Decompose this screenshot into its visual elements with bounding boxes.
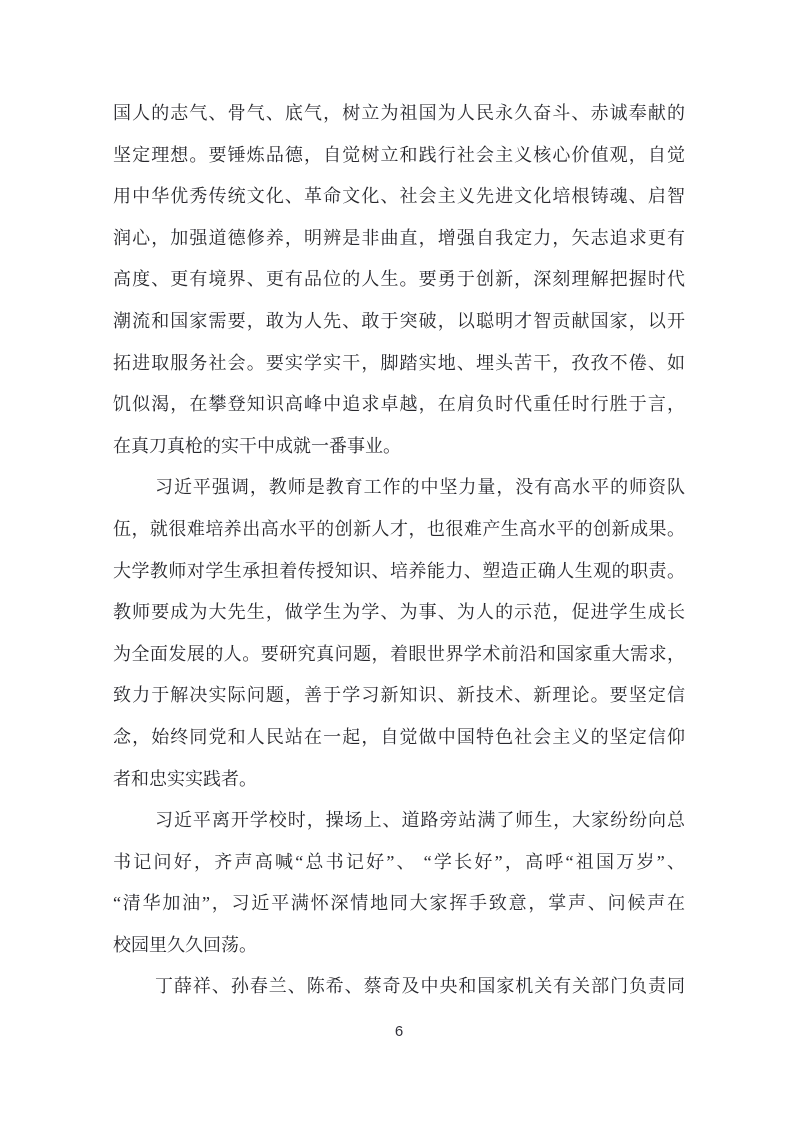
text-line: 校园里久久回荡。 [113,925,685,967]
text-line: 国人的志气、骨气、底气，树立为祖国为人民永久奋斗、赤诚奉献的 [113,93,685,135]
paragraph: 丁薛祥、孙春兰、陈希、蔡奇及中央和国家机关有关部门负责同 [113,966,685,1008]
text-line: 伍，就很难培养出高水平的创新人才，也很难产生高水平的创新成果。 [113,509,685,551]
text-line: 饥似渴，在攀登知识高峰中追求卓越，在肩负时代重任时行胜于言， [113,384,685,426]
text-line: 高度、更有境界、更有品位的人生。要勇于创新，深刻理解把握时代 [113,259,685,301]
text-line: 教师要成为大先生，做学生为学、为事、为人的示范，促进学生成长 [113,592,685,634]
page-number: 6 [113,1022,685,1042]
text-line: 丁薛祥、孙春兰、陈希、蔡奇及中央和国家机关有关部门负责同 [113,966,685,1008]
text-line: 致力于解决实际问题，善于学习新知识、新技术、新理论。要坚定信 [113,675,685,717]
text-line: “清华加油”，习近平满怀深情地同大家挥手致意，掌声、问候声在 [113,883,685,925]
text-line: 潮流和国家需要，敢为人先、敢于突破，以聪明才智贡献国家，以开 [113,301,685,343]
text-line: 大学教师对学生承担着传授知识、培养能力、塑造正确人生观的职责。 [113,551,685,593]
text-line: 习近平强调，教师是教育工作的中坚力量，没有高水平的师资队 [113,467,685,509]
text-line: 念，始终同党和人民站在一起，自觉做中国特色社会主义的坚定信仰 [113,717,685,759]
text-line: 坚定理想。要锤炼品德，自觉树立和践行社会主义核心价值观，自觉 [113,135,685,177]
text-line: 习近平离开学校时，操场上、道路旁站满了师生，大家纷纷向总 [113,800,685,842]
document-page: 国人的志气、骨气、底气，树立为祖国为人民永久奋斗、赤诚奉献的坚定理想。要锤炼品德… [0,0,793,1122]
paragraph: 习近平离开学校时，操场上、道路旁站满了师生，大家纷纷向总书记问好，齐声高喊“总书… [113,800,685,966]
paragraph: 国人的志气、骨气、底气，树立为祖国为人民永久奋斗、赤诚奉献的坚定理想。要锤炼品德… [113,93,685,467]
text-line: 书记问好，齐声高喊“总书记好”、 “学长好”，高呼“祖国万岁”、 [113,842,685,884]
paragraph: 习近平强调，教师是教育工作的中坚力量，没有高水平的师资队伍，就很难培养出高水平的… [113,467,685,800]
text-line: 为全面发展的人。要研究真问题，着眼世界学术前沿和国家重大需求， [113,634,685,676]
text-line: 润心，加强道德修养，明辨是非曲直，增强自我定力，矢志追求更有 [113,218,685,260]
text-line: 用中华优秀传统文化、革命文化、社会主义先进文化培根铸魂、启智 [113,176,685,218]
text-line: 者和忠实实践者。 [113,759,685,801]
document-content: 国人的志气、骨气、底气，树立为祖国为人民永久奋斗、赤诚奉献的坚定理想。要锤炼品德… [113,93,685,1008]
text-line: 在真刀真枪的实干中成就一番事业。 [113,426,685,468]
text-line: 拓进取服务社会。要实学实干，脚踏实地、埋头苦干，孜孜不倦、如 [113,343,685,385]
